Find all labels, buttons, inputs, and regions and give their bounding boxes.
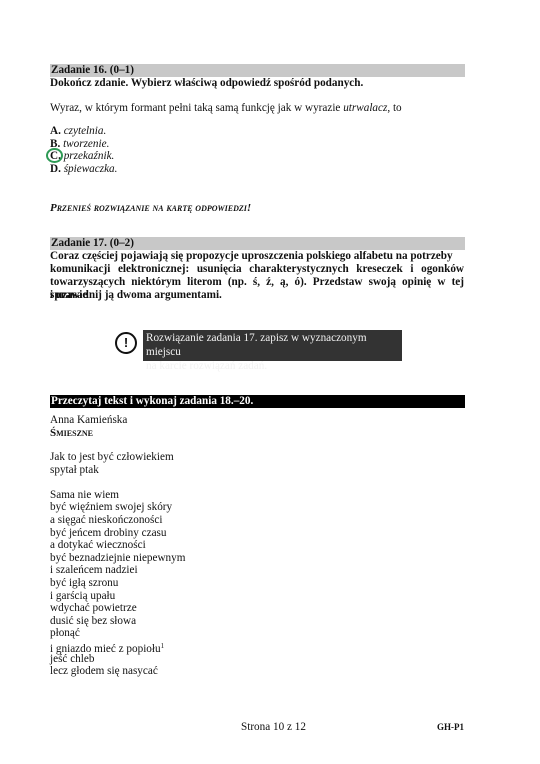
selected-answer-circle: [46, 148, 63, 163]
poem-line: spytał ptak: [50, 464, 99, 477]
exclamation-circle-icon: !: [115, 332, 137, 354]
option-a[interactable]: A. czytelnia.: [50, 125, 106, 138]
poem-line: i szaleńcem nadziei: [50, 564, 138, 577]
poem-line: wdychać powietrze: [50, 602, 137, 615]
task-17-line-1: Coraz częściej pojawiają się propozycje …: [50, 250, 464, 263]
poem-line: dusić się bez słowa: [50, 615, 136, 628]
task-17-line-2: komunikacji elektronicznej: usunięcia ch…: [50, 263, 464, 276]
option-text: śpiewaczka.: [64, 163, 118, 175]
option-letter: D.: [50, 163, 61, 175]
text: i uzasadnij ją dwoma argumentami.: [50, 289, 222, 301]
text: Coraz częściej pojawiają się propozycje …: [50, 250, 453, 262]
task-16-question: Wyraz, w którym formant pełni taką samą …: [50, 102, 402, 115]
task-17-header: Zadanie 17. (0–2): [50, 237, 465, 250]
poem-line: a sięgać nieskończoności: [50, 514, 162, 527]
notice-line-1: Rozwiązanie zadania 17. zapisz w wyznacz…: [146, 331, 399, 359]
poem-line: być jeńcem drobiny czasu: [50, 527, 167, 540]
footnote-marker: 1: [161, 642, 165, 650]
option-text: przekaźnik.: [64, 150, 115, 162]
notice-line-2: na karcie rozwiązań zadań.: [146, 359, 399, 373]
poem-line: a dotykać wieczności: [50, 539, 146, 552]
poem-line: płonąć: [50, 627, 80, 640]
poem-line: Jak to jest być człowiekiem: [50, 451, 174, 464]
text: komunikacji elektronicznej: usunięcia ch…: [50, 263, 464, 276]
page-number: Strona 10 z 12: [241, 721, 306, 733]
task-16-header: Zadanie 16. (0–1): [50, 64, 465, 77]
poem-line: i garścią upału: [50, 590, 115, 603]
question-suffix: , to: [387, 102, 401, 114]
option-letter: A.: [50, 125, 61, 137]
question-prefix: Wyraz, w którym formant pełni taką samą …: [50, 102, 343, 114]
poem-line: jeść chleb: [50, 653, 94, 666]
poem-line: lecz głodem się nasycać: [50, 665, 158, 678]
reading-header: Przeczytaj tekst i wykonaj zadania 18.–2…: [50, 395, 465, 408]
poem-author: Anna Kamieńska: [50, 414, 127, 427]
poem-line: być beznadziejnie niepewnym: [50, 552, 185, 565]
poem-line: być więźniem swojej skóry: [50, 501, 172, 514]
question-word: utrwalacz: [343, 102, 387, 114]
option-text: tworzenie.: [63, 138, 109, 150]
poem-line: Sama nie wiem: [50, 489, 119, 502]
notice-box: Rozwiązanie zadania 17. zapisz w wyznacz…: [143, 330, 402, 361]
task-17-line-4: i uzasadnij ją dwoma argumentami.: [50, 289, 464, 302]
option-d[interactable]: D. śpiewaczka.: [50, 163, 117, 176]
poem-line: być igłą szronu: [50, 577, 118, 590]
poem-title: Śmieszne: [50, 427, 93, 440]
task-16-instruction: Dokończ zdanie. Wybierz właściwą odpowie…: [50, 77, 363, 90]
transfer-note: Przenieś rozwiązanie na kartę odpowiedzi…: [50, 202, 251, 215]
exam-code: GH-P1: [437, 722, 464, 732]
option-text: czytelnia.: [64, 125, 107, 137]
